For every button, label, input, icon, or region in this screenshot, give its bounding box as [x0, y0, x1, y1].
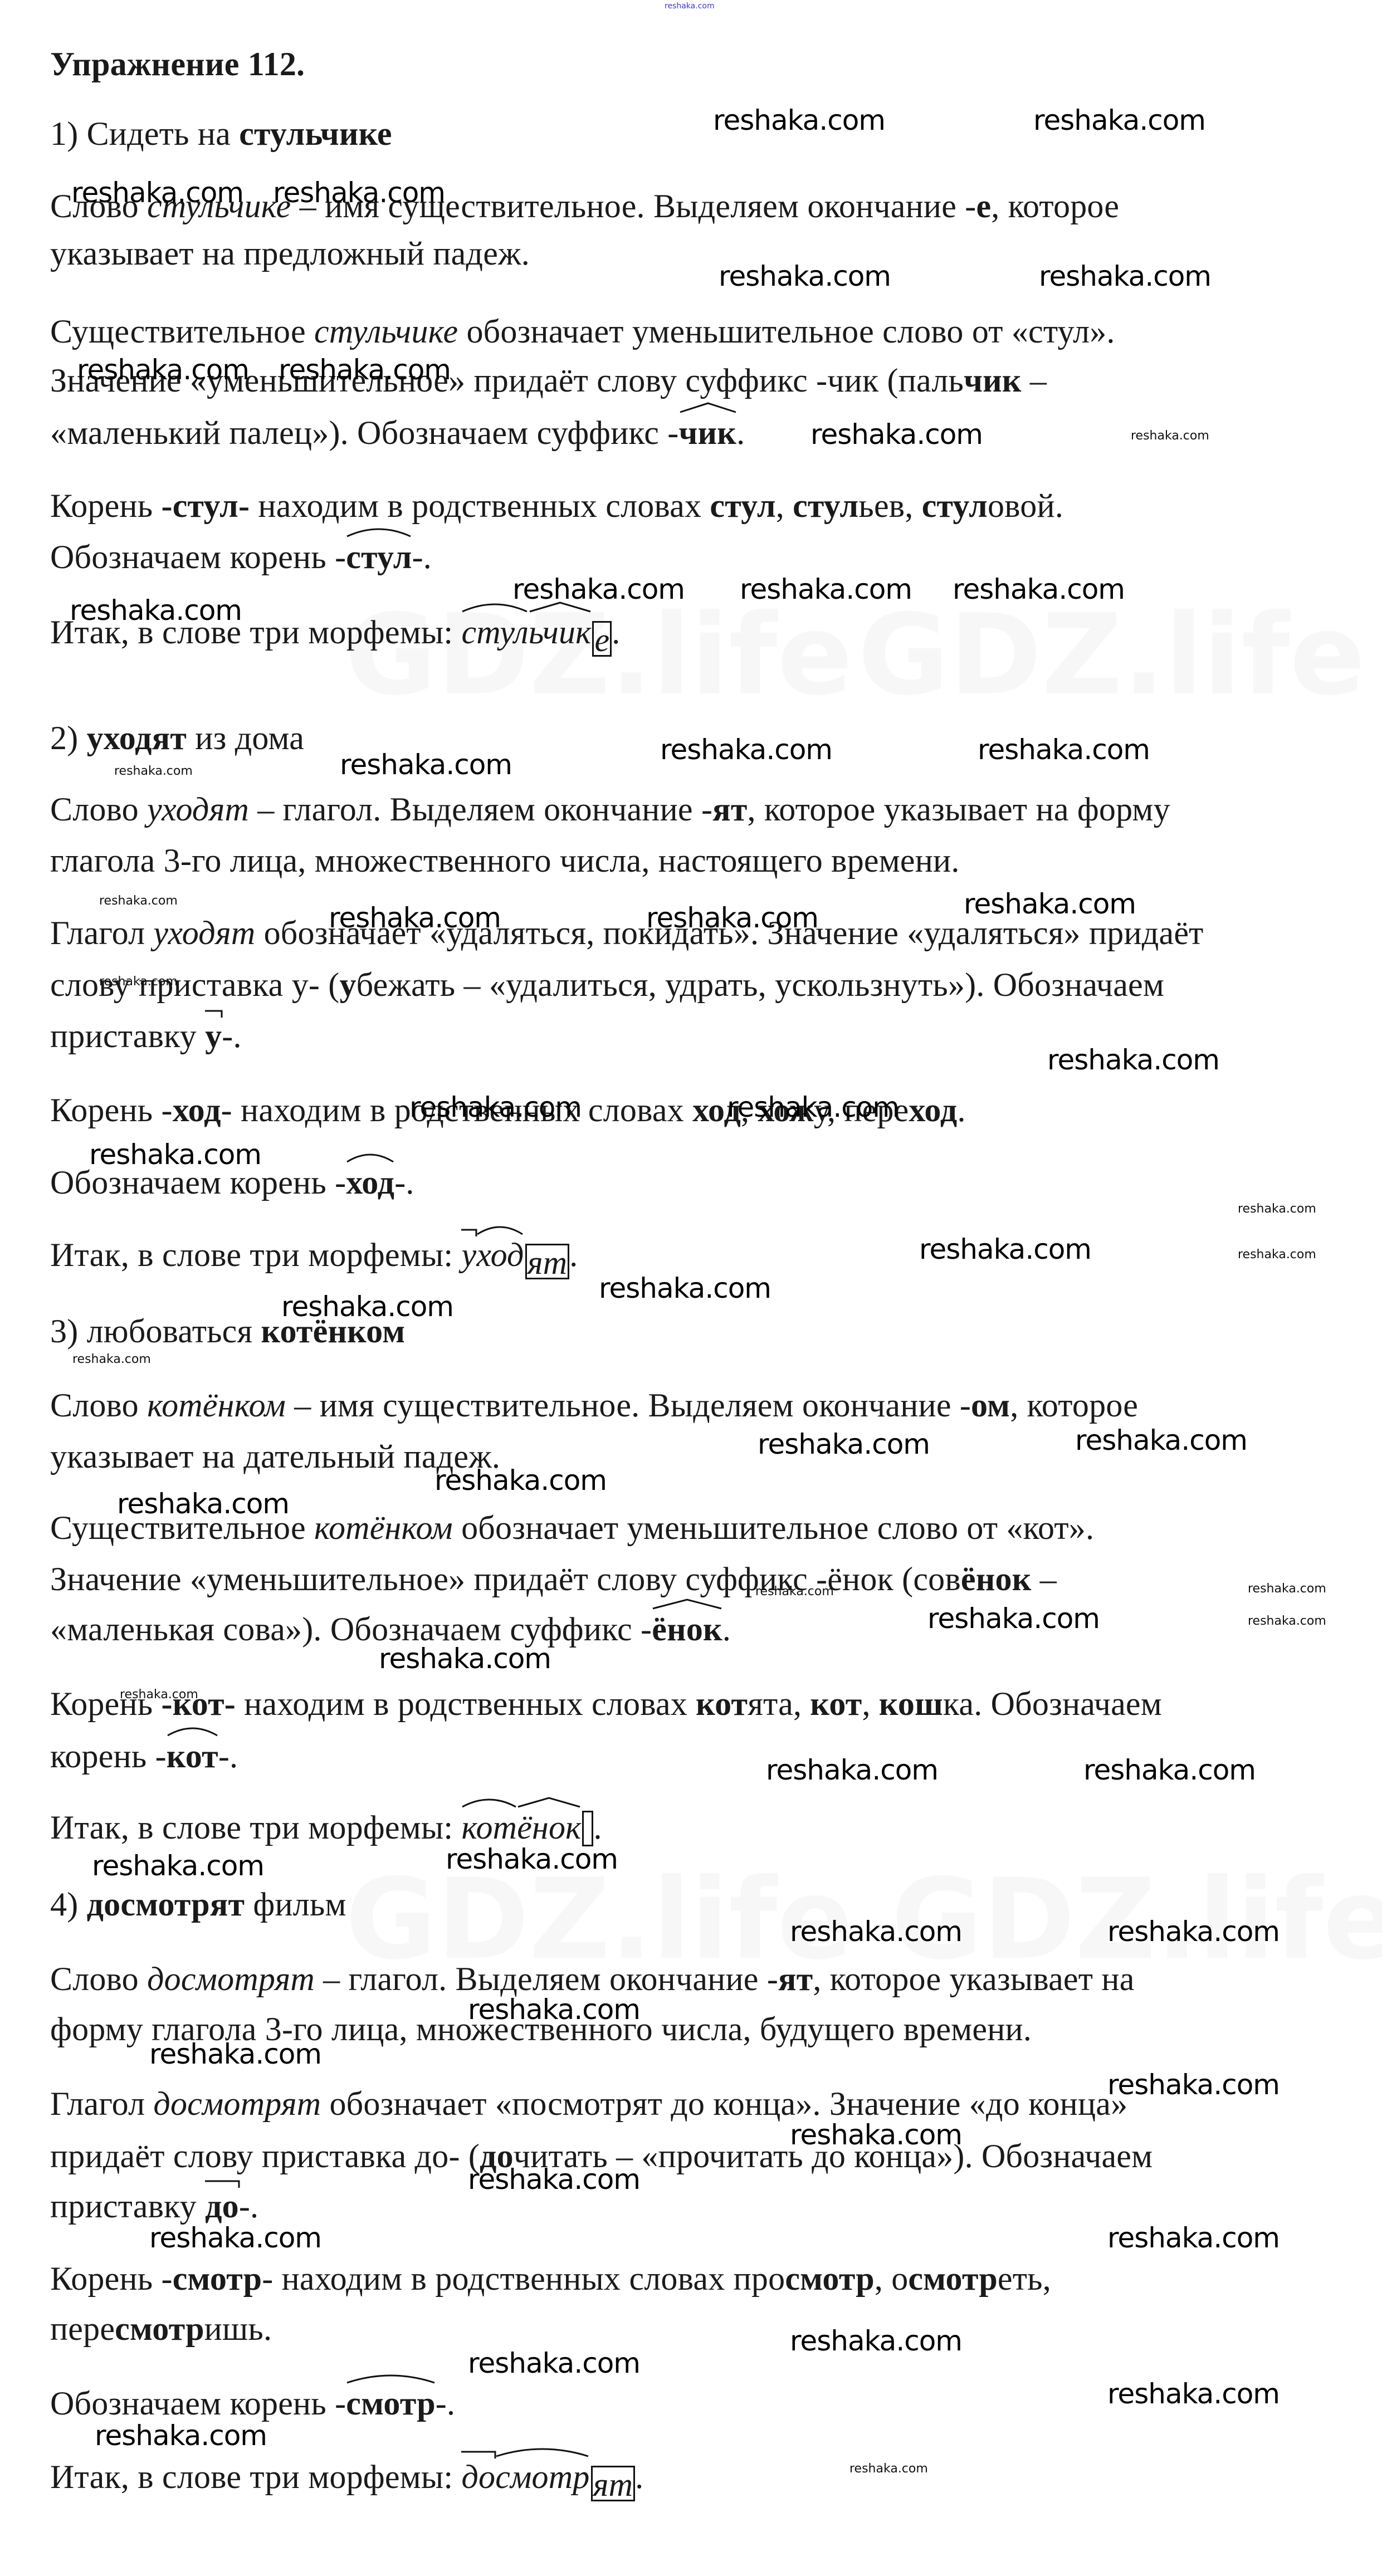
reshaka-watermark: reshaka.com — [281, 1291, 453, 1322]
reshaka-watermark: reshaka.com — [446, 1844, 618, 1875]
text-run: -. — [436, 2385, 455, 2422]
text-run: приставку — [50, 1018, 205, 1054]
reshaka-watermark: reshaka.com — [766, 1754, 938, 1786]
text-run: слову приставка у- ( — [50, 966, 339, 1003]
text-run: – глагол. Выделяем окончание - — [249, 791, 712, 828]
text-line: Существительное стульчике обозначает уме… — [50, 312, 1115, 351]
text-run: приставку — [50, 2188, 205, 2225]
text-run: -. — [412, 539, 432, 575]
text-run: , — [776, 487, 793, 524]
reshaka-watermark: reshaka.com — [1033, 105, 1205, 136]
suffix-morpheme: ьчик — [529, 613, 592, 652]
item-heading: 2) уходят из дома — [50, 718, 304, 757]
text-line: приставку у-. — [50, 1016, 242, 1055]
bold-text: до — [205, 2188, 239, 2225]
text-run: - находим в родственных словах про — [262, 2260, 785, 2297]
bold-text: смотр — [173, 2260, 262, 2297]
text-run: . — [722, 1611, 731, 1648]
text-run: . — [957, 1092, 965, 1128]
reshaka-watermark: reshaka.com — [919, 1234, 1091, 1265]
text-run: . — [612, 614, 620, 651]
reshaka-watermark: reshaka.com — [1083, 1754, 1256, 1786]
text-line: Слово уходят – глагол. Выделяем окончани… — [50, 790, 1170, 829]
root-morpheme: ход — [476, 1235, 524, 1274]
bold-text: кош — [879, 1685, 943, 1722]
reshaka-watermark: reshaka.com — [713, 105, 885, 136]
italic-text: котёнком — [314, 1509, 453, 1546]
text-run: Существительное — [50, 313, 314, 350]
reshaka-watermark: reshaka.com — [755, 1585, 834, 1599]
text-run: ка. Обозначаем — [943, 1685, 1162, 1722]
root-mark-icon — [476, 1222, 524, 1278]
bold-text: стульчике — [239, 115, 392, 152]
bold-text: ход — [346, 1164, 394, 1201]
text-run: – имя существительное. Выделяем окончани… — [286, 1387, 971, 1424]
text-run: бежать – «удалиться, удрать, ускользнуть… — [357, 966, 1164, 1003]
bold-text: уходят — [87, 720, 187, 756]
text-run: «маленький палец»). Обозначаем суффикс - — [50, 414, 679, 451]
text-run: овой. — [988, 487, 1063, 524]
bold-text: стул — [793, 487, 858, 524]
text-line: Глагол досмотрят обозначает «посмотрят д… — [50, 2084, 1127, 2123]
text-run: Корень — [50, 487, 162, 524]
reshaka-watermark: reshaka.com — [927, 1603, 1100, 1634]
morpheme-breakdown: котёнок — [461, 1808, 593, 1847]
reshaka-watermark: reshaka.com — [790, 2119, 962, 2150]
text-run: Итак, в слове три морфемы: — [50, 1236, 461, 1273]
bold-text: чик — [964, 362, 1022, 399]
prefix-mark-icon — [461, 1222, 476, 1278]
text-line: Обозначаем корень -смотр-. — [50, 2384, 455, 2423]
text-run: корень - — [50, 1738, 167, 1775]
page-title: Упражнение 112. — [50, 45, 305, 84]
reshaka-watermark: reshaka.com — [89, 1139, 261, 1170]
morpheme-breakdown: досмотрят — [461, 2457, 635, 2501]
reshaka-watermark: reshaka.com — [599, 1273, 771, 1304]
reshaka-watermark: reshaka.com — [512, 574, 685, 605]
text-run: обозначает «посмотрят до конца». Значени… — [321, 2085, 1127, 2122]
reshaka-watermark: reshaka.com — [340, 749, 512, 780]
reshaka-watermark: reshaka.com — [719, 261, 891, 292]
reshaka-watermark: reshaka.com — [70, 595, 242, 626]
text-line: глагола 3-го лица, множественного числа,… — [50, 841, 960, 880]
text-run: . — [593, 1809, 602, 1846]
text-run: -. — [394, 1164, 414, 1201]
reshaka-watermark: reshaka.com — [117, 1488, 289, 1519]
text-run: , которое указывает на форму — [748, 791, 1170, 828]
reshaka-watermark: reshaka.com — [660, 734, 832, 765]
reshaka-watermark: reshaka.com — [99, 894, 178, 908]
root-marked-morpheme: кот — [167, 1737, 218, 1776]
reshaka-watermark: reshaka.com — [1075, 1425, 1247, 1456]
text-run: -. — [239, 2188, 258, 2225]
bold-text: смотр — [785, 2260, 875, 2297]
bold-text: е — [976, 188, 991, 224]
item-heading: 4) досмотрят фильм — [50, 1885, 346, 1924]
morpheme-breakdown: уходят — [461, 1235, 569, 1279]
bold-text: чик — [679, 414, 737, 451]
text-run: ишь. — [204, 2310, 272, 2347]
text-line: Итак, в слове три морфемы: котёнок. — [50, 1808, 602, 1847]
text-run: 2) — [50, 720, 87, 756]
text-run: 4) — [50, 1886, 87, 1923]
text-run: Обозначаем корень - — [50, 539, 346, 575]
morpheme-breakdown: стульчике — [461, 613, 612, 657]
background-watermark: GDZ.life — [858, 590, 1365, 720]
reshaka-watermark: reshaka.com — [379, 1643, 551, 1674]
reshaka-watermark: reshaka.com — [71, 177, 243, 208]
prefix-mark-icon — [461, 2444, 495, 2500]
ending-morpheme: е — [592, 621, 612, 657]
reshaka-watermark: reshaka.com — [329, 902, 501, 933]
reshaka-watermark: reshaka.com — [72, 1352, 151, 1367]
root-morpheme: смотр — [495, 2457, 589, 2496]
reshaka-watermark: reshaka.com — [99, 975, 178, 989]
reshaka-watermark: reshaka.com — [468, 2348, 640, 2379]
text-line: пересмотришь. — [50, 2309, 272, 2348]
reshaka-watermark: reshaka.com — [758, 1429, 930, 1460]
reshaka-watermark: reshaka.com — [1131, 429, 1209, 443]
text-line: Корень -кот- находим в родственных слова… — [50, 1684, 1162, 1723]
reshaka-watermark: reshaka.com — [92, 1850, 264, 1881]
reshaka-watermark: reshaka.com — [149, 2222, 321, 2254]
reshaka-watermark: reshaka.com — [1248, 1582, 1326, 1596]
text-run: «маленькая сова»). Обозначаем суффикс - — [50, 1611, 652, 1648]
reshaka-watermark: reshaka.com — [95, 2420, 267, 2451]
bold-text: смотр — [908, 2260, 998, 2297]
text-run: . — [736, 414, 745, 451]
text-line: Слово досмотрят – глагол. Выделяем оконч… — [50, 1959, 1135, 1998]
text-run: 3) любоваться — [50, 1313, 261, 1350]
text-run: – глагол. Выделяем окончание - — [315, 1961, 778, 1997]
prefix-marked-morpheme: до — [205, 2187, 239, 2226]
text-run: придаёт слову приставка до- ( — [50, 2138, 480, 2174]
reshaka-watermark: reshaka.com — [468, 1994, 640, 2025]
reshaka-watermark: reshaka.com — [1107, 1916, 1280, 1947]
text-run: Глагол — [50, 915, 153, 951]
reshaka-watermark: reshaka.com — [1238, 1248, 1316, 1262]
bold-text: у — [205, 1018, 222, 1054]
text-line: корень -кот-. — [50, 1737, 238, 1776]
text-run: ьев, — [858, 487, 921, 524]
text-run: еть, — [998, 2260, 1051, 2297]
bold-text: кот — [696, 1685, 748, 1722]
text-line: Значение «уменьшительное» придаёт слову … — [50, 1560, 1057, 1599]
bold-text: ёнок — [652, 1611, 722, 1648]
text-run: Обозначаем корень - — [50, 2385, 346, 2422]
bold-text: ёнок — [961, 1561, 1032, 1597]
text-run: , о — [875, 2260, 909, 2297]
prefix-morpheme: у — [461, 1235, 476, 1274]
ending-morpheme: ят — [591, 2466, 636, 2501]
root-morpheme: стул — [461, 613, 528, 652]
text-line: Слово котёнком – имя существительное. Вы… — [50, 1386, 1138, 1425]
reshaka-watermark: reshaka.com — [279, 354, 451, 385]
reshaka-watermark: reshaka.com — [1107, 2069, 1280, 2100]
suffix-marked-morpheme: чик — [679, 413, 737, 452]
text-run: пере — [50, 2310, 115, 2347]
reshaka-watermark: reshaka.com — [740, 574, 912, 605]
bold-text: ход — [173, 1092, 221, 1128]
root-morpheme: кот — [461, 1808, 517, 1847]
reshaka-watermark: reshaka.com — [810, 419, 983, 450]
reshaka-watermark: reshaka.com — [727, 1092, 899, 1123]
reshaka-watermark: reshaka.com — [434, 1465, 607, 1496]
italic-text: уходят — [147, 791, 249, 828]
root-marked-morpheme: ход — [346, 1163, 394, 1202]
reshaka-watermark: reshaka.com — [273, 177, 445, 208]
text-run: , которое — [1010, 1387, 1138, 1424]
reshaka-watermark: reshaka.com — [120, 1688, 198, 1702]
bold-text: -стул- — [162, 487, 250, 524]
text-run: Корень - — [50, 1092, 173, 1128]
text-line: указывает на предложный падеж. — [50, 234, 530, 273]
reshaka-watermark: reshaka.com — [149, 2039, 321, 2070]
suffix-marked-morpheme: ёнок — [652, 1610, 722, 1649]
text-run: . — [635, 2458, 643, 2495]
reshaka-watermark: reshaka.com — [790, 2325, 962, 2357]
bold-text: кот — [810, 1685, 862, 1722]
suffix-mark-icon — [517, 1795, 581, 1850]
text-line: Обозначаем корень -стул-. — [50, 537, 432, 576]
text-run: 1) Сидеть на — [50, 115, 239, 152]
text-run: -. — [222, 1018, 241, 1054]
text-line: указывает на дательный падеж. — [50, 1437, 500, 1476]
bold-text: ход — [909, 1092, 958, 1128]
root-mark-icon — [461, 1795, 517, 1850]
text-run: указывает на предложный падеж. — [50, 235, 530, 272]
bold-text: кот — [167, 1738, 218, 1775]
text-run: , — [862, 1685, 878, 1722]
text-run: . — [569, 1236, 578, 1273]
reshaka-watermark: reshaka.com — [1039, 261, 1211, 292]
reshaka-watermark: reshaka.com — [953, 574, 1125, 605]
text-run: обозначает уменьшительное слово от «стул… — [458, 313, 1115, 350]
prefix-marked-morpheme: у — [205, 1016, 222, 1055]
text-run: Глагол — [50, 2085, 153, 2122]
text-run: ята, — [748, 1685, 810, 1722]
ending-morpheme — [582, 1811, 593, 1846]
text-line: «маленький палец»). Обозначаем суффикс -… — [50, 413, 745, 452]
bold-text: смотр — [346, 2385, 436, 2422]
reshaka-watermark: reshaka.com — [646, 902, 818, 933]
text-line: Корень -смотр- находим в родственных сло… — [50, 2259, 1051, 2298]
root-marked-morpheme: стул — [346, 537, 412, 576]
text-run: обозначает уменьшительное слово от «кот»… — [453, 1509, 1094, 1546]
bold-text: стул — [922, 487, 988, 524]
bold-text: смотр — [115, 2310, 204, 2347]
ending-morpheme: ят — [525, 1244, 570, 1279]
item-heading: 1) Сидеть на стульчике — [50, 114, 392, 153]
bold-text: ом — [971, 1387, 1010, 1424]
reshaka-watermark: reshaka.com — [1047, 1044, 1219, 1076]
bold-text: ят — [778, 1961, 813, 1997]
text-line: Итак, в слове три морфемы: досмотрят. — [50, 2457, 643, 2501]
text-run: Слово — [50, 791, 147, 828]
bold-text: стул — [710, 487, 775, 524]
reshaka-watermark: reshaka.com — [468, 2164, 640, 2195]
reshaka-watermark: reshaka.com — [964, 888, 1136, 920]
prefix-morpheme: до — [461, 2457, 495, 2496]
text-run: Слово — [50, 1387, 147, 1424]
italic-text: котёнком — [147, 1387, 286, 1424]
text-run: фильм — [245, 1886, 346, 1923]
text-line: Корень -стул- находим в родственных слов… — [50, 486, 1063, 525]
reshaka-watermark: reshaka.com — [790, 1916, 962, 1947]
italic-text: досмотрят — [153, 2085, 321, 2122]
reshaka-watermark: reshaka.com — [1248, 1614, 1326, 1629]
text-run: указывает на дательный падеж. — [50, 1438, 500, 1475]
reshaka-watermark: reshaka.com — [1238, 1202, 1316, 1216]
text-run: находим в родственных словах — [250, 487, 710, 524]
text-run: -. — [218, 1738, 238, 1775]
reshaka-watermark: reshaka.com — [849, 2462, 928, 2476]
text-run: , которое указывает на — [813, 1961, 1134, 1997]
bold-text: стул — [346, 539, 412, 575]
reshaka-watermark: reshaka.com — [978, 734, 1150, 765]
italic-text: уходят — [153, 915, 255, 951]
italic-text: стульчике — [314, 313, 458, 350]
reshaka-watermark: reshaka.com — [114, 764, 193, 779]
text-run: Итак, в слове три морфемы: — [50, 1809, 461, 1846]
text-run: Итак, в слове три морфемы: — [50, 2458, 461, 2495]
bold-text: досмотрят — [87, 1886, 245, 1923]
document-page: reshaka.com GDZ.life GDZ.life GDZ.life G… — [0, 0, 1382, 2576]
text-run: , которое — [991, 188, 1119, 224]
text-run: – — [1022, 362, 1047, 399]
text-line: приставку до-. — [50, 2187, 258, 2226]
bold-text: у — [339, 966, 356, 1003]
text-run: глагола 3-го лица, множественного числа,… — [50, 842, 960, 879]
italic-text: досмотрят — [147, 1961, 315, 1997]
root-marked-morpheme: смотр — [346, 2384, 436, 2423]
reshaka-watermark: reshaka.com — [1107, 2378, 1280, 2409]
reshaka-watermark: reshaka.com — [1107, 2222, 1280, 2254]
reshaka-watermark: reshaka.com — [409, 1092, 582, 1123]
suffix-morpheme: ёнок — [517, 1808, 581, 1847]
text-run: – — [1032, 1561, 1057, 1597]
text-run: Слово — [50, 1961, 147, 1997]
reshaka-watermark: reshaka.com — [77, 354, 249, 385]
text-run: находим в родственных словах — [236, 1685, 696, 1722]
text-run: из дома — [187, 720, 304, 756]
root-mark-icon — [495, 2444, 589, 2500]
bold-text: ят — [712, 791, 747, 828]
text-line: слову приставка у- (убежать – «удалиться… — [50, 965, 1164, 1004]
text-run: Корень - — [50, 2260, 173, 2297]
text-line: Итак, в слове три морфемы: уходят. — [50, 1235, 578, 1279]
top-watermark: reshaka.com — [665, 2, 715, 11]
